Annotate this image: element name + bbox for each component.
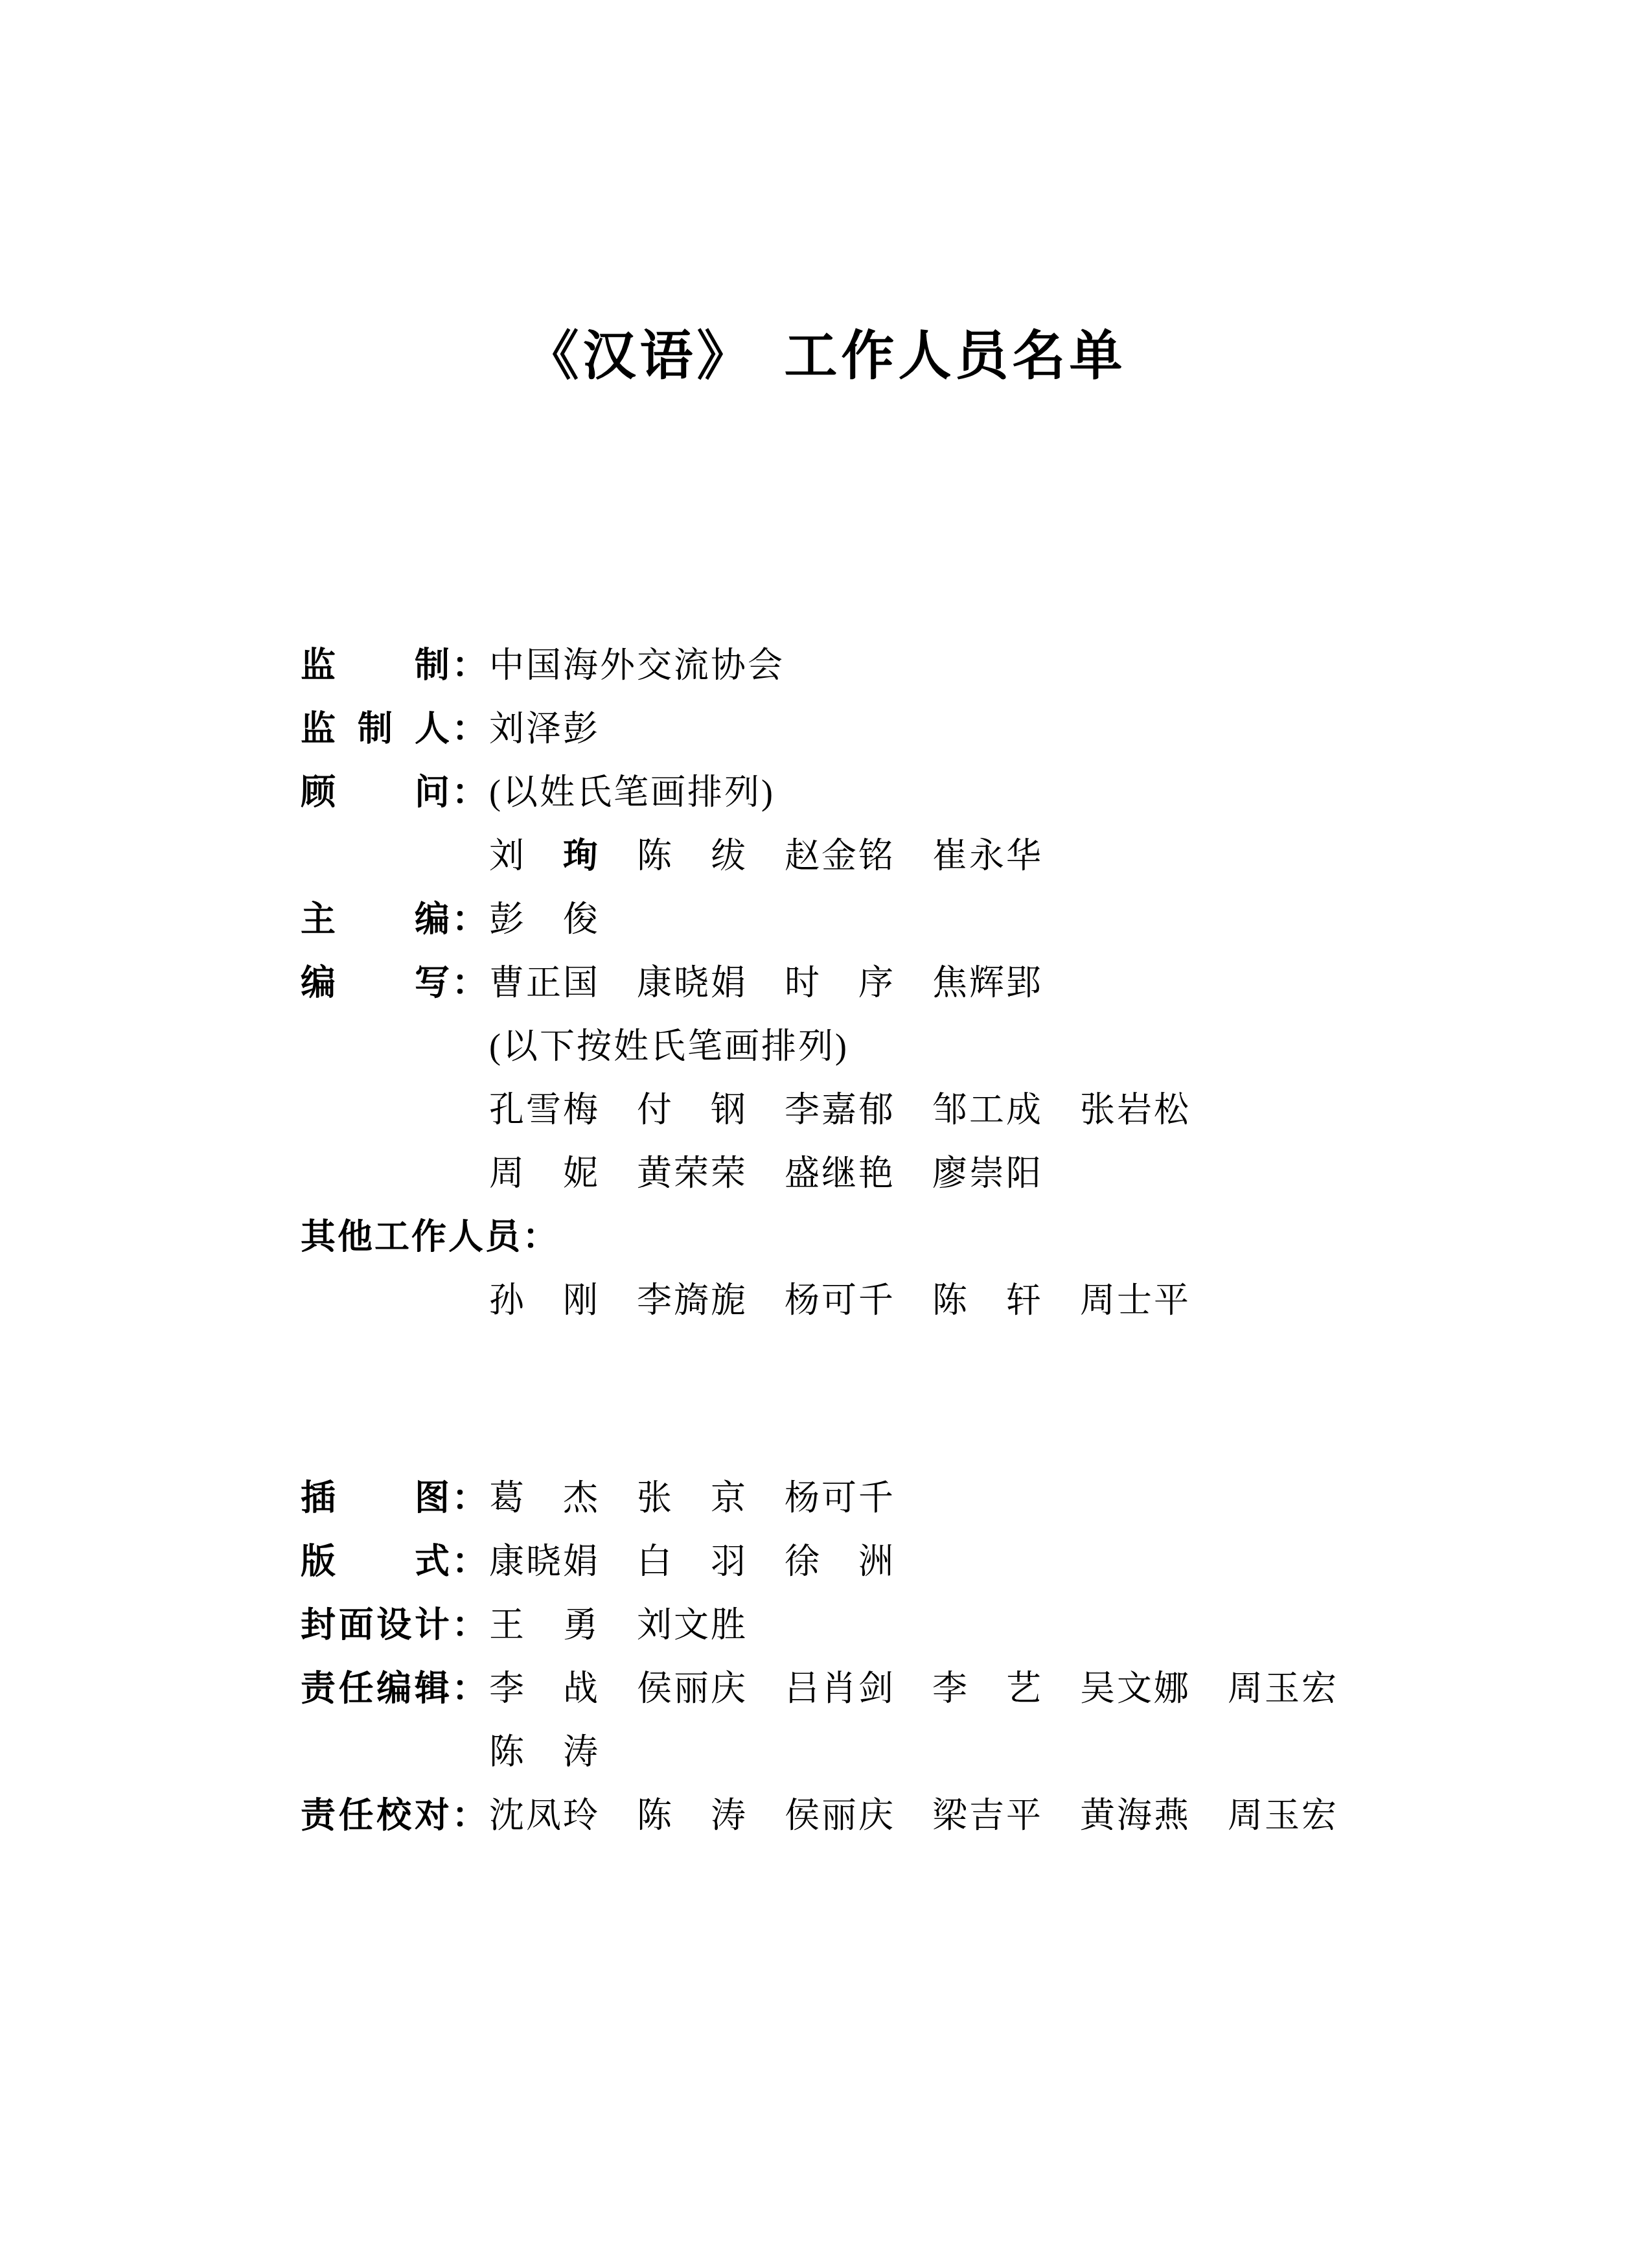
chief-editor-label: 主编: [301, 888, 452, 951]
writer-names-1: 孔雪梅 付 钢 李嘉郁 邹工成 张岩松: [489, 1091, 1191, 1129]
other-staff-names: 孙 刚 李旖旎 杨可千 陈 轩 周士平: [489, 1281, 1191, 1320]
proofreaders-colon: ：: [452, 1784, 489, 1847]
illustrations-value: 葛 杰 张 京 杨可千: [489, 1479, 895, 1518]
advisors-note: (以姓氏笔画排列): [489, 773, 775, 812]
illustrations-colon: ：: [452, 1466, 489, 1530]
responsible-editors-colon: ：: [452, 1657, 489, 1720]
writer-names-2: 周 妮 黄荣荣 盛继艳 廖崇阳: [489, 1154, 1043, 1193]
writers-label: 编写: [301, 951, 452, 1015]
page-title: 《汉语》 工作人员名单: [0, 319, 1652, 394]
chief-editor-colon: ：: [452, 888, 489, 951]
illustrations-row: 插图：葛 杰 张 京 杨可千: [236, 1403, 1338, 1466]
supervisor-row: 监制：中国海外交流协会: [236, 570, 1191, 634]
cover-design-value: 王 勇 刘文胜: [489, 1606, 748, 1645]
responsible-editors-label: 责任编辑: [301, 1657, 452, 1720]
illustrations-label: 插图: [301, 1466, 452, 1530]
writers-note: (以下按姓氏笔画排列): [489, 1027, 849, 1066]
proofreaders-value: 沈凤玲 陈 涛 侯丽庆 梁吉平 黄海燕 周玉宏: [489, 1796, 1338, 1835]
cover-design-colon: ：: [452, 1593, 489, 1657]
advisors-colon: ：: [452, 761, 489, 824]
advisor-name-emphasized: 珣: [563, 837, 600, 875]
layout-label: 版式: [301, 1530, 452, 1593]
writers-value: 曹正国 康晓娟 时 序 焦辉郢: [489, 964, 1043, 1002]
supervisor-person-colon: ：: [452, 697, 489, 761]
writers-colon: ：: [452, 951, 489, 1015]
advisors-label: 顾问: [301, 761, 452, 824]
responsible-editors-value: 李 战 侯丽庆 吕肖剑 李 艺 吴文娜 周玉宏: [489, 1669, 1338, 1708]
other-staff-colon: ：: [522, 1205, 560, 1269]
supervisor-person-label: 监制人: [301, 697, 452, 761]
supervisor-label: 监制: [301, 634, 452, 697]
layout-colon: ：: [452, 1530, 489, 1593]
main-credits-section: 监制：中国海外交流协会 监制人：刘泽彭 顾问：(以姓氏笔画排列) 刘 珣 陈 绂…: [236, 570, 1191, 1269]
cover-design-label: 封面设计: [301, 1593, 452, 1657]
responsible-editors-cont: 陈 涛: [489, 1733, 600, 1772]
credits-page: 《汉语》 工作人员名单 监制：中国海外交流协会 监制人：刘泽彭 顾问：(以姓氏笔…: [0, 0, 1652, 2257]
production-credits-section: 插图：葛 杰 张 京 杨可千 版式：康晓娟 白 羽 徐 洲 封面设计：王 勇 刘…: [236, 1403, 1338, 1784]
proofreaders-label: 责任校对: [301, 1784, 452, 1847]
advisor-names-pre: 刘: [489, 837, 563, 875]
other-staff-heading: 其他工作人员: [301, 1218, 522, 1256]
advisor-names-post: 陈 绂 赵金铭 崔永华: [600, 837, 1043, 875]
chief-editor-value: 彭 俊: [489, 900, 600, 939]
layout-value: 康晓娟 白 羽 徐 洲: [489, 1542, 895, 1581]
supervisor-colon: ：: [452, 634, 489, 697]
proofreaders-row: 责任校对：沈凤玲 陈 涛 侯丽庆 梁吉平 黄海燕 周玉宏: [236, 1720, 1338, 1784]
supervisor-person-value: 刘泽彭: [489, 710, 600, 748]
supervisor-value: 中国海外交流协会: [489, 646, 785, 685]
